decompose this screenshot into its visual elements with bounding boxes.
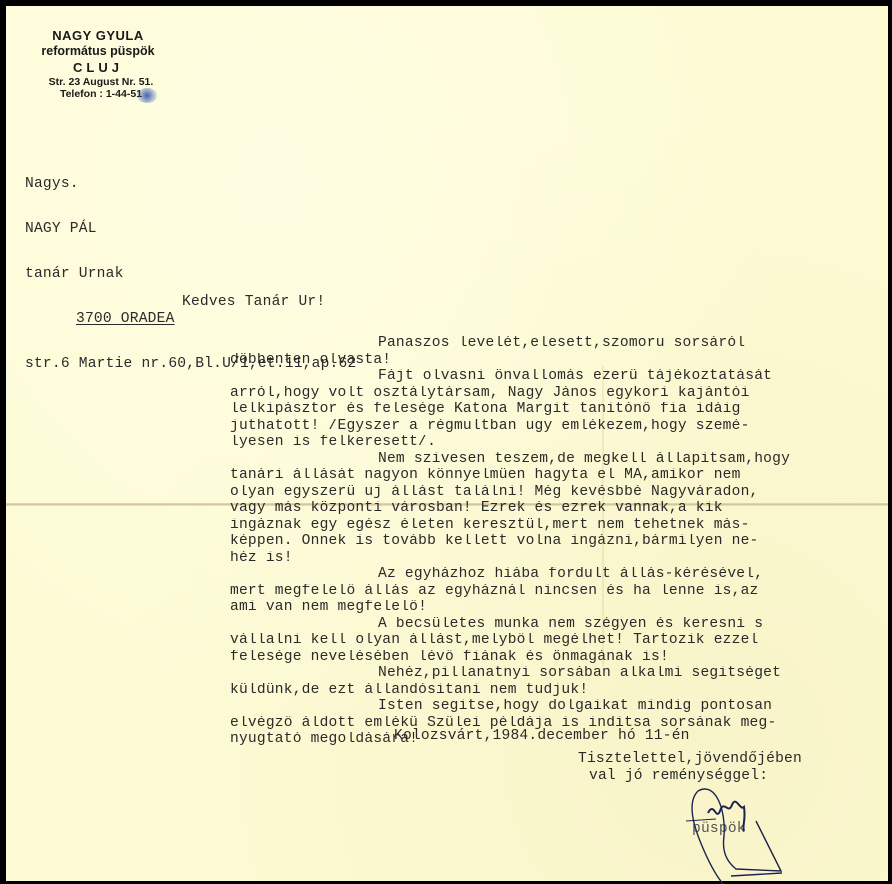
letterhead-phone: Telefon : 1-44-51 [26,88,176,100]
recipient-line: NAGY PÁL [25,222,356,237]
letterhead-city: CLUJ [20,60,176,75]
body-line: Isten segitse,hogy dolgaikat mindig pont… [230,699,892,716]
body-line: lelkipásztor és felesége Katona Margit t… [230,402,892,419]
body-line: vagy más központi városban! Ezrek és ezr… [230,501,892,518]
body-line: ami van nem megfelelő! [230,600,892,617]
body-line: tanári állását nagyon könnyelmüen hagyta… [230,468,892,485]
letter-page: NAGY GYULA református püspök CLUJ Str. 2… [6,6,888,881]
letterhead-title: református püspök [20,44,176,58]
body-line: Nem szivesen teszem,de megkell állapitsa… [230,452,892,469]
body-line: Fájt olvasni önvallomás ezerü tájékoztat… [230,369,892,386]
closing-line-1: Tisztelettel,jövendőjében [578,752,802,767]
body-line: Az egyházhoz hiába fordult állás-kérésév… [230,567,892,584]
letterhead-phone-text: Telefon : 1-44-51 [60,88,142,100]
recipient-line: Nagys. [25,177,356,192]
body-line: olyan egyszerü uj állást találni! Még ke… [230,485,892,502]
body-line: felesége nevelésében lévő fiának és önma… [230,650,892,667]
body-line: döbbenten olvasta! [230,353,892,370]
body-line: lyesen is felkeresett/. [230,435,892,452]
letter-body: Panaszos levelét,elesett,szomoru sorsáró… [230,336,892,749]
letterhead-name: NAGY GYULA [20,28,176,43]
body-line: küldünk,de ezt állandósitani nem tudjuk! [230,683,892,700]
body-line: juthatott! /Egyszer a régmultban ugy eml… [230,419,892,436]
date-line: Kolozsvárt,1984.december hó 11-én [394,729,690,744]
body-line: A becsületes munka nem szégyen és keresn… [230,617,892,634]
letterhead: NAGY GYULA református püspök CLUJ Str. 2… [26,28,176,100]
handwritten-signature [686,781,806,884]
body-line: Panaszos levelét,elesett,szomoru sorsáró… [230,336,892,353]
body-line: mert megfelelő állás az egyháznál nincse… [230,584,892,601]
body-line: ingáznak egy egész életen keresztül,mert… [230,518,892,535]
body-line: képpen. Önnek is tovább kellett volna in… [230,534,892,551]
letterhead-street: Str. 23 August Nr. 51. [26,76,176,88]
recipient-line: tanár Urnak [25,267,356,282]
recipient-city: 3700 ORADEA [25,312,356,327]
body-line: Nehéz,pillanatnyi sorsában alkalmi segit… [230,666,892,683]
salutation: Kedves Tanár Ur! [182,295,325,310]
body-line: arról,hogy volt osztálytársam, Nagy Jáno… [230,386,892,403]
ink-correction-blot [136,88,158,103]
body-line: vállalni kell olyan állást,melyből megél… [230,633,892,650]
body-line: héz is! [230,551,892,568]
